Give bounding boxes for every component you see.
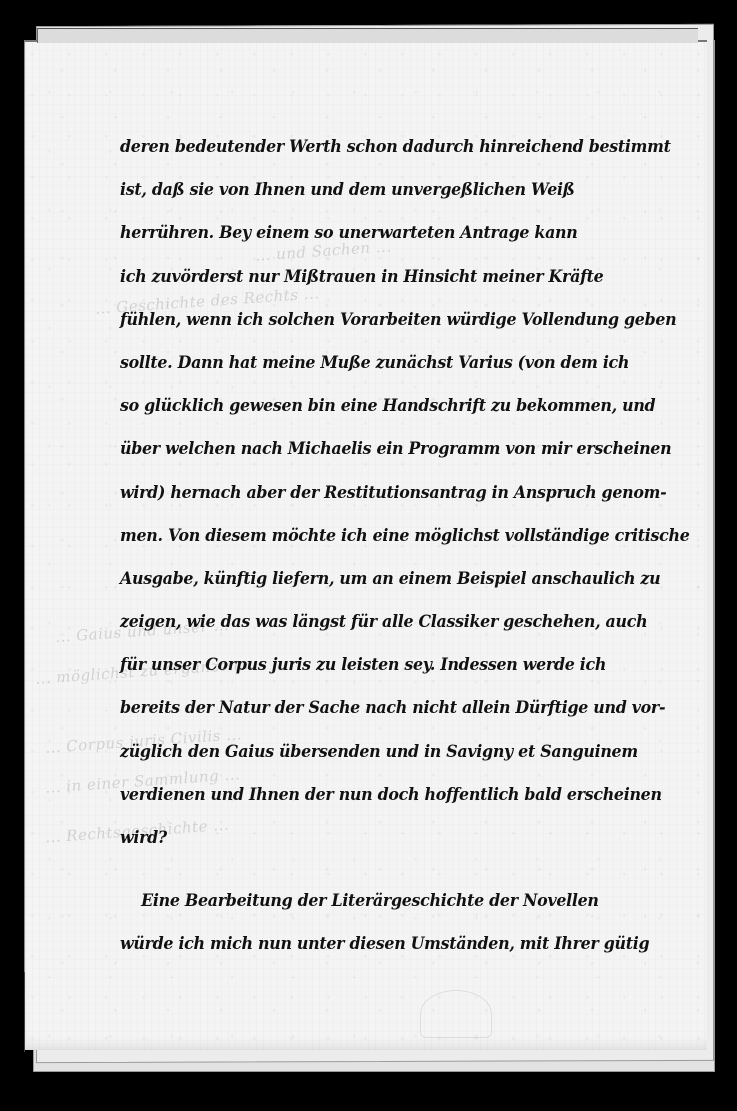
- manuscript-line: würde ich mich nun unter diesen Umstände…: [120, 922, 662, 965]
- manuscript-line: ist, daß sie von Ihnen und dem unvergeßl…: [120, 168, 662, 211]
- manuscript-line: bereits der Natur der Sache nach nicht a…: [120, 686, 662, 729]
- manuscript-line: sollte. Dann hat meine Muße zunächst Var…: [120, 341, 662, 384]
- paragraph-start-line: Eine Bearbeitung der Literärgeschichte d…: [120, 879, 662, 922]
- manuscript-line: wird?: [120, 816, 662, 859]
- faint-stamp: [420, 990, 492, 1038]
- manuscript-text: deren bedeutender Werth schon dadurch hi…: [120, 125, 685, 966]
- manuscript-line: verdienen und Ihnen der nun doch hoffent…: [120, 773, 662, 816]
- manuscript-line: ich zuvörderst nur Mißtrauen in Hinsicht…: [120, 255, 662, 298]
- manuscript-line: Ausgabe, künftig liefern, um an einem Be…: [120, 557, 662, 600]
- manuscript-line: men. Von diesem möchte ich eine möglichs…: [120, 514, 662, 557]
- manuscript-line: herrühren. Bey einem so unerwarteten Ant…: [120, 211, 662, 254]
- manuscript-line: deren bedeutender Werth schon dadurch hi…: [120, 125, 662, 168]
- manuscript-line: fühlen, wenn ich solchen Vorarbeiten wür…: [120, 298, 662, 341]
- manuscript-line: zeigen, wie das was längst für alle Clas…: [120, 600, 662, 643]
- manuscript-line: wird) hernach aber der Restitutionsantra…: [120, 471, 662, 514]
- manuscript-line: so glücklich gewesen bin eine Handschrif…: [120, 384, 662, 427]
- manuscript-line: über welchen nach Michaelis ein Programm…: [120, 427, 662, 470]
- manuscript-line: züglich den Gaius übersenden und in Savi…: [120, 730, 662, 773]
- page-fold: [24, 972, 35, 1052]
- manuscript-line: für unser Corpus juris zu leisten sey. I…: [120, 643, 662, 686]
- page-top-edge: [37, 28, 698, 43]
